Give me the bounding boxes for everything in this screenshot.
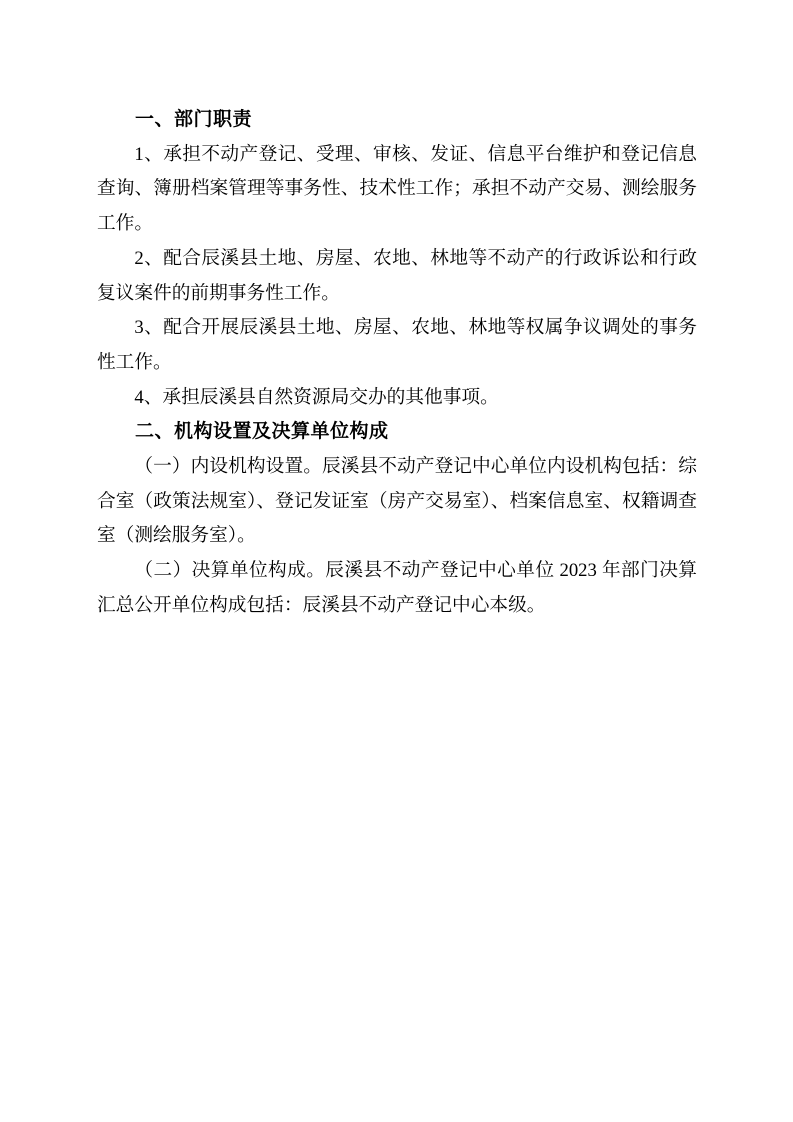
section-heading-department-duties: 一、部门职责 — [97, 103, 697, 138]
paragraph-internal-structure: （一）内设机构设置。辰溪县不动产登记中心单位内设机构包括：综合室（政策法规室）、… — [97, 450, 697, 554]
paragraph-duty-4: 4、承担辰溪县自然资源局交办的其他事项。 — [97, 381, 697, 416]
paragraph-duty-3: 3、配合开展辰溪县土地、房屋、农地、林地等权属争议调处的事务性工作。 — [97, 311, 697, 380]
document-page: 一、部门职责 1、承担不动产登记、受理、审核、发证、信息平台维护和登记信息查询、… — [0, 0, 793, 1122]
paragraph-duty-1: 1、承担不动产登记、受理、审核、发证、信息平台维护和登记信息查询、簿册档案管理等… — [97, 138, 697, 242]
paragraph-budget-unit-composition: （二）决算单位构成。辰溪县不动产登记中心单位 2023 年部门决算汇总公开单位构… — [97, 554, 697, 623]
paragraph-duty-2: 2、配合辰溪县土地、房屋、农地、林地等不动产的行政诉讼和行政复议案件的前期事务性… — [97, 242, 697, 311]
section-heading-org-structure: 二、机构设置及决算单位构成 — [97, 415, 697, 450]
